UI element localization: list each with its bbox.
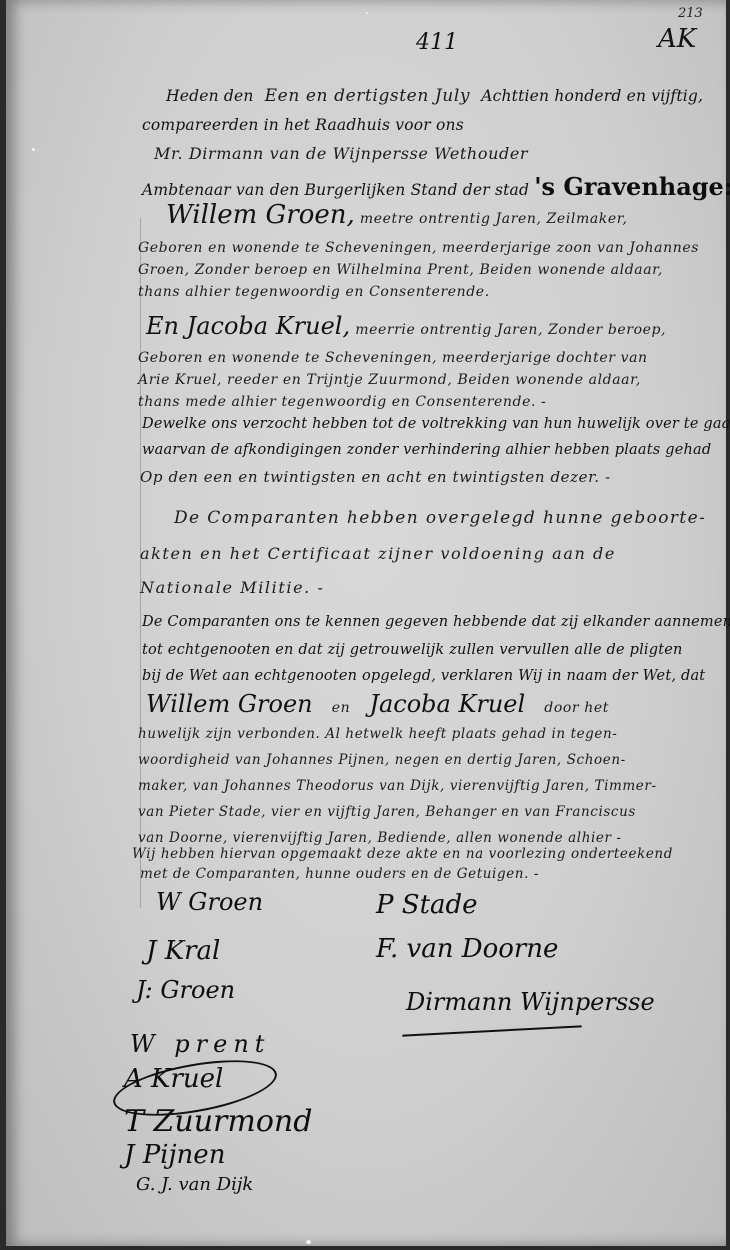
bride-line: Arie Kruel, reeder en Trijntje Zuurmond,… — [138, 372, 641, 388]
signature: F. van Doorne — [376, 934, 558, 964]
signature-flourish — [402, 1025, 582, 1036]
request-line: Dewelke ons verzocht hebben tot de voltr… — [142, 416, 730, 432]
folio-number: 213 — [678, 6, 703, 21]
signature: J: Groen — [136, 976, 235, 1004]
groom-name: Willem Groen — [146, 690, 313, 718]
signature: T Zuurmond — [124, 1104, 312, 1139]
closing-line: met de Comparanten, hunne ouders en de G… — [140, 866, 539, 882]
printed-text: Achttien honderd en vijftig, — [481, 87, 703, 105]
witness-line: woordigheid van Johannes Pijnen, negen e… — [138, 752, 626, 768]
signature: J Kral — [146, 936, 220, 966]
header-line-date: Heden den Een en dertigsten July Achttie… — [166, 86, 703, 106]
witness-line: huwelijk zijn verbonden. Al hetwelk heef… — [138, 726, 617, 742]
documents-line: Nationale Militie. - — [140, 578, 325, 597]
witness-line: van Doorne, vierenvijftig Jaren, Bediend… — [138, 830, 622, 846]
documents-line: De Comparanten hebben overgelegd hunne g… — [174, 508, 706, 528]
signature: G. J. van Dijk — [136, 1174, 253, 1195]
witness-line: van Pieter Stade, vier en vijftig Jaren,… — [138, 804, 636, 820]
signature: P Stade — [376, 890, 478, 920]
header-line-appeared: compareerden in het Raadhuis voor ons — [142, 116, 464, 134]
bride-intro: En Jacoba Kruel, meerrie ontrentig Jaren… — [146, 312, 666, 340]
handwritten-text: door het — [544, 700, 609, 716]
groom-line: Groen, Zonder beroep en Wilhelmina Prent… — [138, 262, 663, 278]
documents-line: akten en het Certificaat zijner voldoeni… — [140, 544, 616, 563]
folio-mark: AK — [658, 24, 696, 54]
groom-intro: Willem Groen, meetre ontrentig Jaren, Ze… — [166, 200, 628, 230]
signature: W prent — [130, 1030, 270, 1058]
groom-name: Willem Groen, — [166, 200, 355, 230]
closing-line: Wij hebben hiervan opgemaakt deze akte e… — [132, 846, 673, 862]
paper-speck — [32, 148, 35, 151]
signature-official: Dirmann Wijnpersse — [406, 988, 655, 1016]
handwritten-date: Een en dertigsten July — [265, 86, 470, 106]
paper-speck — [306, 1240, 311, 1244]
signature: J Pijnen — [124, 1140, 225, 1170]
bride-name: En Jacoba Kruel, — [146, 312, 350, 340]
signature: A Kruel — [124, 1064, 223, 1094]
city-name: 's Gravenhage: — [534, 172, 730, 201]
register-page: 213 AK 411 Heden den Een en dertigsten J… — [6, 0, 726, 1246]
bride-name: Jacoba Kruel — [369, 690, 525, 718]
handwritten-text: meetre ontrentig Jaren, Zeilmaker, — [360, 211, 628, 227]
paper-speck — [366, 12, 368, 14]
couple-line: Willem Groen en Jacoba Kruel door het — [146, 690, 609, 718]
header-line-official-title: Ambtenaar van den Burgerlijken Stand der… — [142, 172, 730, 201]
bleed-through-mark — [46, 28, 50, 43]
groom-line: Geboren en wonende te Scheveningen, meer… — [138, 240, 699, 256]
official-name: Mr. Dirmann van de Wijnpersse Wethouder — [154, 144, 528, 163]
declaration-line: tot echtgenooten en dat zij getrouwelijk… — [142, 642, 683, 658]
handwritten-text: en — [332, 700, 351, 716]
printed-text: Heden den — [166, 87, 254, 105]
witness-line: maker, van Johannes Theodorus van Dijk, … — [138, 778, 657, 794]
declaration-line: De Comparanten ons te kennen gegeven heb… — [142, 614, 730, 630]
printed-text: Ambtenaar van den Burgerlijken Stand der… — [142, 181, 529, 199]
handwritten-text: meerrie ontrentig Jaren, Zonder beroep, — [355, 322, 666, 338]
act-number: 411 — [416, 30, 458, 55]
banns-dates: Op den een en twintigsten en acht en twi… — [140, 468, 611, 486]
bride-line: thans mede alhier tegenwoordig en Consen… — [138, 394, 546, 410]
bride-line: Geboren en wonende te Scheveningen, meer… — [138, 350, 648, 366]
signature: W Groen — [156, 888, 263, 916]
groom-line: thans alhier tegenwoordig en Consenteren… — [138, 284, 490, 300]
declaration-line: bij de Wet aan echtgenooten opgelegd, ve… — [142, 668, 705, 684]
request-line: waarvan de afkondigingen zonder verhinde… — [142, 442, 711, 458]
